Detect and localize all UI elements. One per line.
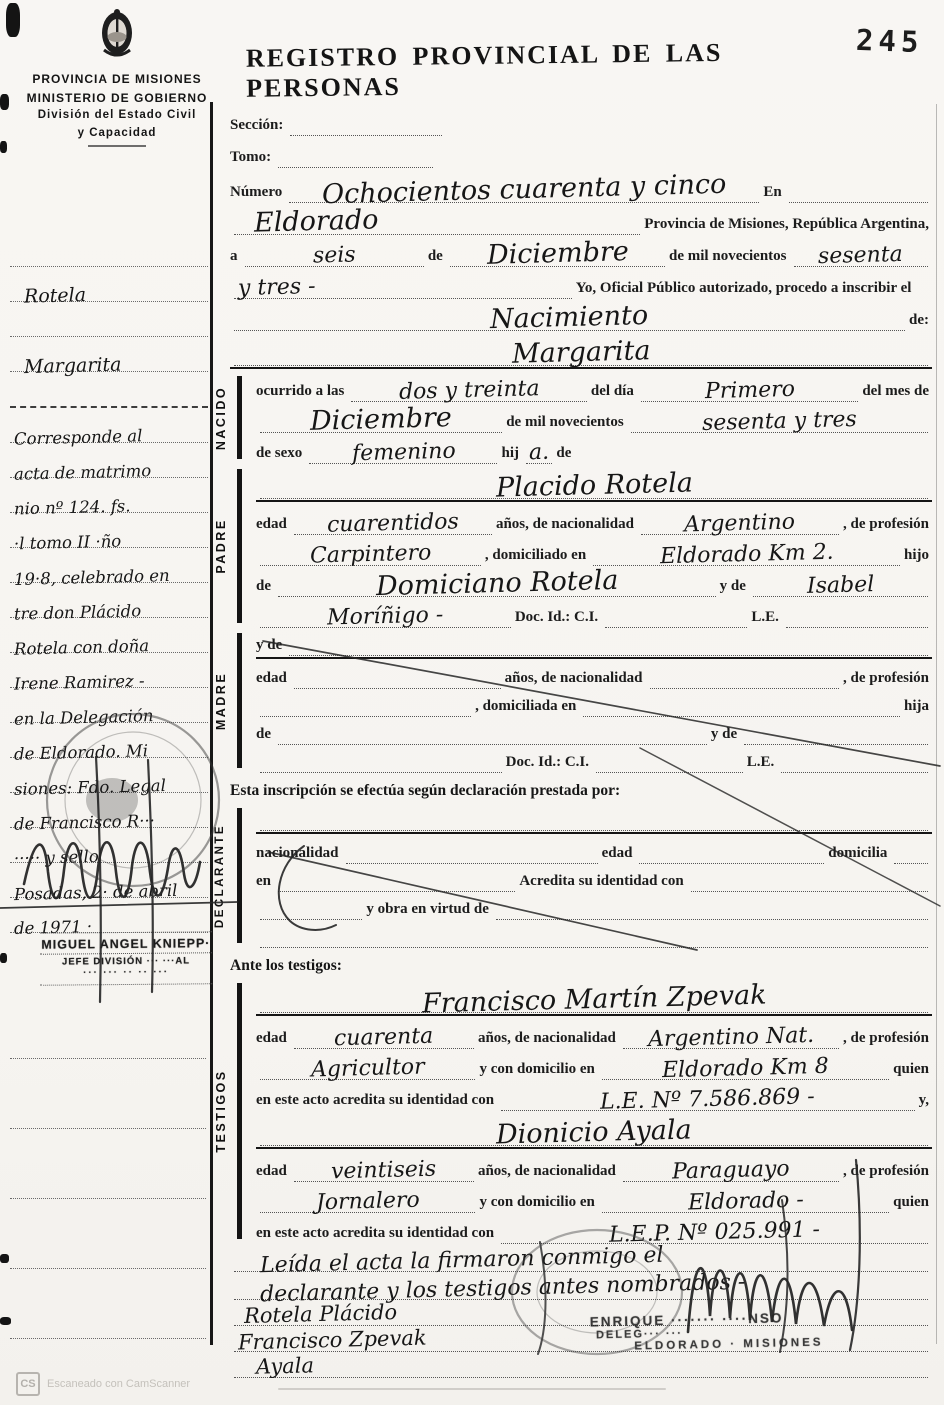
scan-artifact bbox=[0, 953, 7, 963]
birth-year-handwritten: sesenta y tres bbox=[702, 414, 857, 429]
declarant-blank-row bbox=[256, 920, 932, 948]
testigos-edad-label: edad bbox=[256, 1031, 290, 1049]
mother-ci-field bbox=[596, 772, 743, 773]
month-field: Diciembre bbox=[450, 247, 665, 267]
declarant-name-row bbox=[256, 803, 932, 831]
grandfather-row: de Domiciano Rotela y de Isabel bbox=[256, 566, 932, 597]
witness1-name-row: Francisco Martín Zpevak bbox=[256, 978, 932, 1013]
margin-note: Rotela con doña bbox=[10, 641, 149, 654]
declarant-age-field bbox=[639, 863, 824, 864]
y-de-label: y de bbox=[720, 579, 749, 597]
seccion-row: Sección: bbox=[230, 104, 932, 136]
mother-domicile-field bbox=[583, 716, 900, 717]
nacionalidad-label: años, de nacionalidad bbox=[496, 517, 637, 535]
margin-line bbox=[10, 1268, 206, 1269]
mother-age-field bbox=[294, 688, 501, 689]
witness2-age-handwritten: veintiseis bbox=[331, 1164, 436, 1178]
testigos-domicilio-label2: y con domicilio en bbox=[479, 1195, 597, 1213]
margin-note-line: 19·8, celebrado en bbox=[10, 548, 208, 583]
witnesses-heading: Ante los testigos: bbox=[230, 948, 932, 978]
letterhead: PROVINCIA DE MISIONES MINISTERIO DE GOBI… bbox=[26, 6, 208, 147]
scanned-birth-certificate: PROVINCIA DE MISIONES MINISTERIO DE GOBI… bbox=[0, 0, 944, 1405]
father-profession-field: Carpintero bbox=[260, 549, 481, 566]
grandfather-handwritten: Domiciano Rotela bbox=[376, 574, 619, 594]
y-comma-label: y, bbox=[919, 1093, 932, 1111]
tomo-row: Tomo: bbox=[230, 136, 932, 168]
declarant-dom-field bbox=[894, 863, 928, 864]
sex-field: femenino bbox=[309, 447, 497, 464]
declarante-nacionalidad-label: nacionalidad bbox=[256, 846, 342, 864]
margin-surname-line: Rotela bbox=[10, 267, 208, 302]
witness2-nationality-field: Paraguayo bbox=[623, 1165, 839, 1182]
scan-artifact bbox=[0, 1254, 9, 1263]
witness2-name-handwritten: Dionicio Ayala bbox=[496, 1123, 692, 1142]
father-domicile-field: Eldorado Km 2. bbox=[593, 549, 900, 566]
declarante-section-label: DECLARANTE bbox=[214, 823, 226, 927]
day-field: seis bbox=[245, 250, 424, 267]
registrar-name-stamp: MIGUEL ANGEL KNIEPP· JEFE DIVISIÓN ··· ·… bbox=[40, 931, 212, 985]
witness1-domicile-row: Agricultor y con domicilio en Eldorado K… bbox=[256, 1049, 932, 1080]
father-nationality-field: Argentino bbox=[641, 518, 839, 535]
testigos-nacionalidad-label: años, de nacionalidad bbox=[478, 1031, 619, 1049]
madre-profesion-label: , de profesión bbox=[843, 671, 932, 689]
father-nationality-handwritten: Argentino bbox=[684, 517, 795, 531]
mother-doc-row: Doc. Id.: C.I. L.E. bbox=[256, 745, 932, 773]
registrar-stamp-title: JEFE DIVISIÓN ··· ···AL bbox=[40, 955, 212, 968]
declarant-identity-row: en Acredita su identidad con bbox=[256, 864, 932, 892]
quien-label2: quien bbox=[893, 1195, 932, 1213]
declaration-heading: Esta inscripción se efectúa según declar… bbox=[230, 773, 932, 803]
numero-field: Ochocientos cuarenta y cinco bbox=[289, 183, 759, 203]
camscanner-logo: CS bbox=[16, 1372, 40, 1396]
father-domicile-handwritten: Eldorado Km 2. bbox=[660, 547, 834, 563]
birth-year-field: sesenta y tres bbox=[631, 416, 928, 433]
margin-note: en la Delegación bbox=[10, 711, 154, 724]
section-padre: PADRE Placido Rotela edad cuarentidos añ… bbox=[230, 464, 932, 628]
declarant-virtue-row: y obra en virtud de bbox=[256, 892, 932, 920]
numero-row: Número Ochocientos cuarenta y cinco En bbox=[230, 168, 932, 203]
witness2-profession-handwritten: Jornalero bbox=[316, 1195, 420, 1209]
closing-line-1-handwritten: Leída el acta la firmaron conmigo el bbox=[260, 1250, 664, 1272]
section-declarante: DECLARANTE nacionalidad edad domicilia e… bbox=[230, 803, 932, 948]
witness1-age-field: cuarenta bbox=[294, 1032, 474, 1049]
testigos-section-label: TESTIGOS bbox=[214, 1069, 228, 1152]
scan-artifact bbox=[6, 3, 20, 37]
closing-line-2-field: declarante y los testigos antes nombrado… bbox=[234, 1283, 928, 1300]
witness2-domicile-field: Eldorado - bbox=[602, 1196, 889, 1213]
acredita-label: Acredita su identidad con bbox=[519, 874, 686, 892]
margin-note: ·l tomo II ·ño bbox=[10, 536, 121, 548]
mother-name-field bbox=[289, 655, 928, 656]
birth-time-field: dos y treinta bbox=[351, 385, 587, 402]
father-doc-row: Moríñigo - Doc. Id.: C.I. L.E. bbox=[256, 597, 932, 628]
scan-artifact bbox=[0, 94, 9, 110]
letterhead-line-2: MINISTERIO DE GOBIERNO bbox=[26, 89, 208, 108]
registrar-stamp-office: ··· ··· ·· ·· ··· bbox=[40, 966, 212, 979]
mother-profession-field bbox=[260, 716, 471, 717]
witness1-document-row: en este acto acredita su identidad con L… bbox=[256, 1080, 932, 1111]
witness1-document-handwritten: L.E. Nº 7.586.869 - bbox=[600, 1091, 815, 1108]
declarant-place-field bbox=[278, 891, 515, 892]
mother-name-row: y de bbox=[256, 628, 932, 656]
del-dia-label: del día bbox=[591, 384, 637, 402]
margin-note: nio nº 124. fs. bbox=[10, 501, 131, 513]
seccion-field bbox=[290, 135, 442, 136]
hij-suffix-field: a. bbox=[526, 447, 552, 464]
signature-1-field: Rotela Plácido bbox=[234, 1308, 928, 1326]
section-testigos: TESTIGOS Francisco Martín Zpevak edad cu… bbox=[230, 978, 932, 1244]
vertical-divider bbox=[210, 102, 213, 1345]
declarant-info-row: nacionalidad edad domicilia bbox=[256, 836, 932, 864]
declarant-blank-field bbox=[260, 947, 928, 948]
en-label: En bbox=[763, 185, 784, 203]
witness1-nationality-handwritten: Argentino Nat. bbox=[648, 1030, 814, 1045]
del-mes-label: del mes de bbox=[862, 384, 932, 402]
witness2-document-row: en este acto acredita su identidad con L… bbox=[256, 1213, 932, 1244]
birth-month-handwritten: Diciembre bbox=[310, 411, 452, 428]
witness2-name-field: Dionicio Ayala bbox=[260, 1126, 928, 1146]
en-field bbox=[789, 202, 928, 203]
letterhead-line-4: y Capacidad bbox=[26, 125, 208, 143]
margin-note: 19·8, celebrado en bbox=[10, 571, 170, 584]
m-grandfather-field bbox=[278, 744, 707, 745]
closing-line-1-field: Leída el acta la firmaron conmigo el bbox=[234, 1255, 928, 1272]
witness1-name-handwritten: Francisco Martín Zpevak bbox=[422, 988, 767, 1011]
hija-label: hija bbox=[904, 699, 932, 717]
document-title: REGISTRO PROVINCIAL DE LAS PERSONAS bbox=[246, 36, 867, 104]
delegate-stamp: ENRIQUE ······· ····NSO DELEG··· ··· ELD… bbox=[590, 1310, 824, 1354]
domiciliado-label: , domiciliado en bbox=[485, 548, 589, 566]
doc-id-label: Doc. Id.: C.I. bbox=[515, 610, 601, 628]
nacido-section-label: NACIDO bbox=[214, 385, 228, 449]
officer-label: Yo, Oficial Público autorizado, procedo … bbox=[576, 281, 915, 299]
numero-handwritten: Ochocientos cuarenta y cinco bbox=[322, 178, 727, 202]
year-field: sesenta bbox=[794, 250, 928, 267]
declarant-id-field bbox=[691, 891, 928, 892]
margin-line bbox=[10, 1338, 206, 1339]
witness2-profession-field: Jornalero bbox=[260, 1196, 475, 1213]
signature-3-row: Ayala bbox=[230, 1352, 932, 1378]
declarant-virtue-field bbox=[496, 919, 928, 920]
nacido-de-mil-label: de mil novecientos bbox=[506, 415, 627, 433]
witness2-domicile-row: Jornalero y con domicilio en Eldorado - … bbox=[256, 1182, 932, 1213]
camscanner-watermark: CS Escaneado con CamScanner bbox=[16, 1372, 190, 1396]
margin-note-line: Irene Ramirez - bbox=[10, 653, 208, 688]
de-colon-label: de: bbox=[909, 313, 932, 331]
father-name-row: Placido Rotela bbox=[256, 464, 932, 499]
margin-note: de Francisco R··· bbox=[10, 816, 155, 829]
margin-note-line: de Eldorado. Mi bbox=[10, 723, 208, 758]
margin-note-line: Posadas, 2· de abril bbox=[10, 863, 208, 898]
place-field: Eldorado bbox=[234, 215, 640, 235]
declarant-nationality-field bbox=[346, 863, 598, 864]
father-age-field: cuarentidos bbox=[294, 518, 492, 535]
year2-field: y tres - bbox=[234, 282, 572, 299]
tomo-field bbox=[278, 167, 433, 168]
margin-note-line: siones: Fdo. Legal bbox=[10, 758, 208, 793]
de-label: de bbox=[428, 249, 446, 267]
obra-label: y obra en virtud de bbox=[366, 902, 492, 920]
witness2-nationality-handwritten: Paraguayo bbox=[672, 1163, 790, 1177]
witness1-domicile-handwritten: Eldorado Km 8 bbox=[662, 1061, 829, 1076]
ocurrido-label: ocurrido a las bbox=[256, 384, 347, 402]
scan-artifact bbox=[0, 141, 7, 153]
grandmother-handwritten-2: Moríñigo - bbox=[327, 609, 444, 623]
profesion-label: , de profesión bbox=[843, 517, 932, 535]
margin-note-line: nio nº 124. fs. bbox=[10, 478, 208, 513]
witness1-age-handwritten: cuarenta bbox=[334, 1031, 434, 1045]
father-name-handwritten: Placido Rotela bbox=[495, 476, 692, 495]
mother-parents-row: de y de bbox=[256, 717, 932, 745]
closing-line-2-handwritten: declarante y los testigos antes nombrado… bbox=[260, 1277, 745, 1301]
heavy-rule bbox=[256, 657, 932, 659]
testigos-nacionalidad-label2: años, de nacionalidad bbox=[478, 1164, 619, 1182]
province-label: Provincia de Misiones, República Argenti… bbox=[644, 217, 932, 235]
month-handwritten: Diciembre bbox=[486, 245, 628, 262]
mother-age-row: edad años, de nacionalidad , de profesió… bbox=[256, 661, 932, 689]
signature-2: Francisco Zpevak bbox=[238, 1332, 427, 1350]
nacido-de-label: de bbox=[556, 446, 574, 464]
birth-day-handwritten: Primero bbox=[704, 384, 794, 397]
numero-label: Número bbox=[230, 185, 285, 203]
act-row: Nacimiento de: bbox=[230, 299, 932, 331]
margin-line bbox=[10, 232, 208, 267]
declarante-edad-label: edad bbox=[602, 846, 636, 864]
page-right-edge bbox=[936, 104, 937, 1344]
birth-day-field: Primero bbox=[641, 385, 858, 402]
grandmother-field-2: Moríñigo - bbox=[260, 611, 511, 628]
closing-line-1-row: Leída el acta la firmaron conmigo el bbox=[230, 1244, 932, 1272]
witness2-name-row: Dionicio Ayala bbox=[256, 1111, 932, 1146]
padre-section-label: PADRE bbox=[214, 518, 228, 573]
margin-line bbox=[10, 1198, 206, 1199]
witness2-domicile-handwritten: Eldorado - bbox=[687, 1194, 803, 1208]
father-profession-row: Carpintero , domiciliado en Eldorado Km … bbox=[256, 535, 932, 566]
scan-artifact bbox=[0, 1317, 11, 1325]
margin-note: tre don Plácido bbox=[10, 606, 141, 618]
margin-note-line: Corresponde al bbox=[10, 408, 208, 443]
heavy-rule bbox=[256, 832, 932, 834]
margin-note: acta de matrimo bbox=[10, 466, 151, 479]
margin-given-name-line: Margarita bbox=[10, 337, 208, 372]
domiciliada-label: , domiciliada en bbox=[475, 699, 579, 717]
le-label: L.E. bbox=[751, 610, 782, 628]
margin-note: Corresponde al bbox=[10, 431, 143, 444]
day-handwritten: seis bbox=[313, 249, 356, 261]
margin-given-name: Margarita bbox=[10, 359, 122, 372]
padre-de-label: de bbox=[256, 579, 274, 597]
mother-extra-field bbox=[260, 772, 502, 773]
signature-2-field: Francisco Zpevak bbox=[234, 1334, 928, 1352]
quien-label: quien bbox=[893, 1062, 932, 1080]
de-mil-label: de mil novecientos bbox=[669, 249, 790, 267]
margin-line bbox=[10, 1128, 206, 1129]
domicilia-label: domicilia bbox=[828, 846, 890, 864]
signature-3-field: Ayala bbox=[234, 1360, 928, 1378]
hijo-label: hijo bbox=[904, 548, 932, 566]
hij-suffix-handwritten: a. bbox=[529, 447, 549, 459]
letterhead-line-3: División del Estado Civil bbox=[26, 107, 208, 125]
madre-le-label: L.E. bbox=[747, 755, 778, 773]
mother-domicile-row: , domiciliada en hija bbox=[256, 689, 932, 717]
madre-y-de-label: y de bbox=[256, 638, 285, 656]
tomo-label: Tomo: bbox=[230, 150, 274, 168]
registered-name-field: Margarita bbox=[234, 346, 928, 366]
birth-month-row: Diciembre de mil novecientos sesenta y t… bbox=[256, 402, 932, 433]
signature-2-row: Francisco Zpevak bbox=[230, 1326, 932, 1352]
registered-name-row: Margarita bbox=[230, 331, 932, 366]
witness1-age-row: edad cuarenta años, de nacionalidad Arge… bbox=[256, 1018, 932, 1049]
main-form: Sección: Tomo: Número Ochocientos cuaren… bbox=[230, 104, 932, 1378]
witness2-age-field: veintiseis bbox=[294, 1165, 474, 1182]
witness1-profession-handwritten: Agricultor bbox=[311, 1062, 425, 1076]
birth-time-handwritten: dos y treinta bbox=[399, 383, 540, 398]
madre-de-label: de bbox=[256, 727, 274, 745]
registrar-stamp-name: MIGUEL ANGEL KNIEPP· bbox=[40, 936, 212, 955]
act-handwritten: Nacimiento bbox=[490, 309, 649, 327]
father-age-handwritten: cuarentidos bbox=[327, 516, 459, 530]
place-handwritten: Eldorado bbox=[254, 213, 379, 230]
section-nacido: NACIDO ocurrido a las dos y treinta del … bbox=[230, 371, 932, 464]
madre-section-label: MADRE bbox=[214, 671, 228, 729]
margin-note-line: ·l tomo II ·ño bbox=[10, 513, 208, 548]
section-madre: MADRE y de edad años, de nacionalidad , … bbox=[230, 628, 932, 773]
hij-label: hij bbox=[501, 446, 522, 464]
mother-le-field bbox=[781, 772, 928, 773]
margin-note: de 1971 · bbox=[10, 922, 92, 933]
sex-handwritten: femenino bbox=[351, 446, 455, 460]
madre-nacionalidad-label: años, de nacionalidad bbox=[505, 671, 646, 689]
margin-note-line: ····· y sello bbox=[10, 828, 208, 863]
margin-note-line: Rotela con doña bbox=[10, 618, 208, 653]
witness1-profession-field: Agricultor bbox=[260, 1063, 475, 1080]
declarant-name-field bbox=[260, 830, 928, 831]
father-age-row: edad cuarentidos años, de nacionalidad A… bbox=[256, 504, 932, 535]
sexo-label: de sexo bbox=[256, 446, 305, 464]
margin-line bbox=[10, 1058, 206, 1059]
signature-3: Ayala bbox=[256, 1359, 314, 1373]
father-name-field: Placido Rotela bbox=[260, 479, 928, 499]
grandmother-handwritten-1: Isabel bbox=[807, 579, 875, 592]
testigos-edad-label2: edad bbox=[256, 1164, 290, 1182]
testigos-acredita-label2: en este acto acredita su identidad con bbox=[256, 1226, 497, 1244]
birth-time-row: ocurrido a las dos y treinta del día Pri… bbox=[256, 371, 932, 402]
witness2-document-field: L.E.P. Nº 025.991 - bbox=[501, 1227, 928, 1244]
registered-name-handwritten: Margarita bbox=[512, 344, 651, 361]
date-row: a seis de Diciembre de mil novecientos s… bbox=[230, 235, 932, 267]
witness2-age-row: edad veintiseis años, de nacionalidad Pa… bbox=[256, 1151, 932, 1182]
coat-of-arms-icon bbox=[97, 6, 137, 64]
signature-1-row: Rotela Plácido bbox=[230, 1300, 932, 1326]
year2-handwritten: y tres - bbox=[238, 281, 316, 294]
year-handwritten: sesenta bbox=[818, 249, 903, 262]
father-profession-handwritten: Carpintero bbox=[310, 547, 432, 561]
birth-month-field: Diciembre bbox=[260, 413, 502, 433]
testigos-profesion-label: , de profesión bbox=[843, 1031, 932, 1049]
margin-note: ····· y sello bbox=[10, 852, 99, 863]
margin-note-line: en la Delegación bbox=[10, 688, 208, 723]
margin-note-line: acta de matrimo bbox=[10, 443, 208, 478]
page-number-stamp: 245 bbox=[855, 23, 924, 59]
margin-note: Irene Ramirez - bbox=[10, 676, 145, 689]
m-grandmother-field bbox=[744, 744, 928, 745]
margin-note: siones: Fdo. Legal bbox=[10, 781, 166, 794]
sex-row: de sexo femenino hij a. de bbox=[256, 433, 932, 464]
testigos-acredita-label: en este acto acredita su identidad con bbox=[256, 1093, 497, 1111]
grandfather-field: Domiciano Rotela bbox=[278, 577, 716, 597]
declarant-extra-field bbox=[260, 919, 362, 920]
act-field: Nacimiento bbox=[234, 311, 905, 331]
madre-edad-label: edad bbox=[256, 671, 290, 689]
signature-1: Rotela Plácido bbox=[244, 1306, 397, 1323]
margin-note: de Eldorado. Mi bbox=[10, 746, 148, 759]
mother-nationality-field bbox=[650, 688, 839, 689]
witness2-document-handwritten: L.E.P. Nº 025.991 - bbox=[609, 1224, 820, 1241]
a-label: a bbox=[230, 249, 241, 267]
scan-shadow-streak bbox=[278, 1388, 666, 1390]
camscanner-text: Escaneado con CamScanner bbox=[47, 1378, 190, 1390]
margin-surname: Rotela bbox=[10, 290, 86, 302]
grandmother-field-1: Isabel bbox=[753, 580, 928, 597]
testigos-domicilio-label: y con domicilio en bbox=[479, 1062, 597, 1080]
declarante-en-label: en bbox=[256, 874, 274, 892]
madre-doc-id-label: Doc. Id.: C.I. bbox=[506, 755, 592, 773]
margin-column: Rotela Margarita Corresponde al acta de … bbox=[10, 232, 208, 933]
margin-note: Posadas, 2· de abril bbox=[10, 886, 178, 899]
edad-label: edad bbox=[256, 517, 290, 535]
witness1-nationality-field: Argentino Nat. bbox=[623, 1032, 839, 1049]
year2-row: y tres - Yo, Oficial Público autorizado,… bbox=[230, 267, 932, 299]
place-row: Eldorado Provincia de Misiones, Repúblic… bbox=[230, 203, 932, 235]
madre-y-de2-label: y de bbox=[711, 727, 740, 745]
letterhead-underline bbox=[88, 145, 146, 147]
margin-line bbox=[10, 302, 208, 337]
witness1-name-field: Francisco Martín Zpevak bbox=[260, 993, 928, 1013]
witness1-document-field: L.E. Nº 7.586.869 - bbox=[501, 1094, 915, 1111]
seccion-label: Sección: bbox=[230, 118, 286, 136]
testigos-profesion-label2: , de profesión bbox=[843, 1164, 932, 1182]
witness1-domicile-field: Eldorado Km 8 bbox=[602, 1063, 889, 1080]
letterhead-line-1: PROVINCIA DE MISIONES bbox=[26, 70, 208, 89]
